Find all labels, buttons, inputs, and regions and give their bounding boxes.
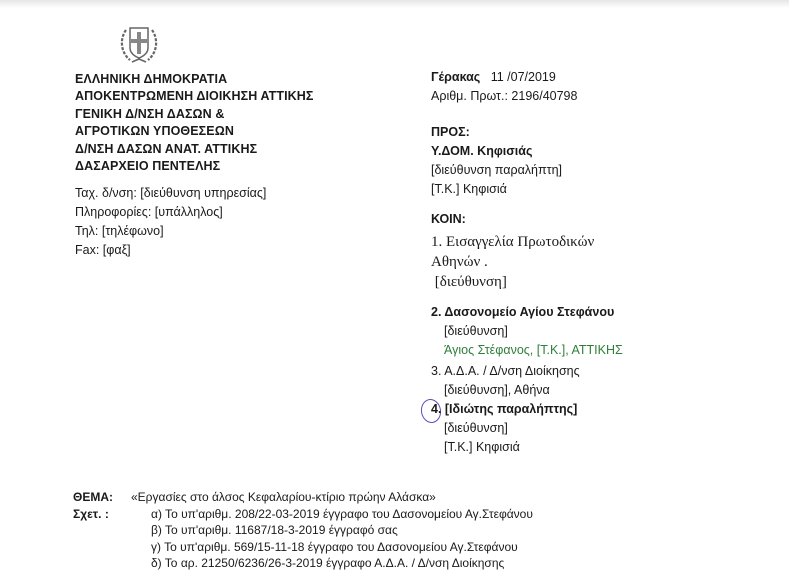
cc-item-3: 3. Α.Δ.Α. / Δ/νση Διοίκησης [διεύθυνση],… [431,362,580,400]
reference-item: γ) Το υπ'αριθμ. 569/15-11-18 έγγραφο του… [73,539,533,556]
subject-block: ΘΕΜΑ:«Εργασίες στο άλσος Κεφαλαρίου-κτίρ… [73,489,533,572]
reference-item: δ) Το αρ. 21250/6236/26-3-2019 έγγραφο Α… [73,555,533,572]
cc-item-2-line: [διεύθυνση] [431,322,623,341]
sender-fax: Fax: [φαξ] [75,241,266,260]
cc-label: ΚΟΙΝ: [431,210,466,229]
letter-date: 11 /07/2019 [491,70,556,84]
cc-label-block: ΚΟΙΝ: [431,210,466,229]
refs-label: Σχετ. : [73,506,131,523]
reference-item: β) Το υπ'αριθμ. 11687/18-3-2019 έγγραφό … [73,522,533,539]
org-line: ΕΛΛΗΝΙΚΗ ΔΗΜΟΚΡΑΤΙΑ [75,71,314,88]
recipient-address-2: [Τ.Κ.] Κηφισιά [431,180,562,199]
issuing-authority-block: ΕΛΛΗΝΙΚΗ ΔΗΜΟΚΡΑΤΙΑ ΑΠΟΚΕΝΤΡΩΜΕΝΗ ΔΙΟΙΚΗ… [75,71,314,175]
cc-item-2: 2. Δασονομείο Αγίου Στεφάνου [διεύθυνση]… [431,303,623,360]
cc-item-1-line: Αθηνών . [431,252,594,272]
cc-item-4-line: [διεύθυνση] [431,419,577,438]
cc-item-1-line: 1. Εισαγγελία Πρωτοδικών [431,232,594,252]
subject-label: ΘΕΜΑ: [73,489,131,506]
reference-item: α) Το υπ'αριθμ. 208/22-03-2019 έγγραφο τ… [131,506,533,523]
org-line: ΓΕΝΙΚΗ Δ/ΝΣΗ ΔΑΣΩΝ & [75,106,314,123]
recipient-block: ΠΡΟΣ: Υ.ΔΟΜ. Κηφισιάς [διεύθυνση παραλήπ… [431,123,562,199]
place-label: Γέρακας [431,70,480,84]
recipient-name: Υ.ΔΟΜ. Κηφισιάς [431,142,562,161]
date-protocol-block: Γέρακας 11 /07/2019 Αριθμ. Πρωτ.: 2196/4… [431,68,577,106]
org-line: ΔΑΣΑΡΧΕΙΟ ΠΕΝΤΕΛΗΣ [75,158,314,175]
sender-contact-block: Ταχ. δ/νση: [διεύθυνση υπηρεσίας] Πληροφ… [75,184,266,260]
greek-coat-of-arms-icon [118,22,160,66]
sender-address: Ταχ. δ/νση: [διεύθυνση υπηρεσίας] [75,184,266,203]
cc-item-2-line: Άγιος Στέφανος, [Τ.Κ.], ΑΤΤΙΚΗΣ [431,341,623,360]
cc-item-4-line: [Τ.Κ.] Κηφισιά [431,438,577,457]
cc-item-4: 4. [Ιδιώτης παραλήπτης] [διεύθυνση] [Τ.Κ… [431,400,577,457]
cc-item-2-title: 2. Δασονομείο Αγίου Στεφάνου [431,303,623,322]
org-line: Δ/ΝΣΗ ΔΑΣΩΝ ΑΝΑΤ. ΑΤΤΙΚΗΣ [75,141,314,158]
scan-edge-shade [0,0,789,8]
cc-item-3-line: [διεύθυνση], Αθήνα [431,381,580,400]
recipient-address-1: [διεύθυνση παραλήπτη] [431,161,562,180]
subject-text: «Εργασίες στο άλσος Κεφαλαρίου-κτίριο πρ… [131,489,436,506]
protocol-number: 2196/40798 [511,89,577,103]
cc-item-4-title: 4. [Ιδιώτης παραλήπτης] [431,400,577,419]
sender-phone: Τηλ: [τηλέφωνο] [75,222,266,241]
sender-info: Πληροφορίες: [υπάλληλος] [75,203,266,222]
recipient-label: ΠΡΟΣ: [431,123,562,142]
cc-item-1-line: [διεύθυνση] [431,272,594,292]
org-line: ΑΠΟΚΕΝΤΡΩΜΕΝΗ ΔΙΟΙΚΗΣΗ ΑΤΤΙΚΗΣ [75,88,314,105]
org-line: ΑΓΡΟΤΙΚΩΝ ΥΠΟΘΕΣΕΩΝ [75,123,314,140]
cc-item-1: 1. Εισαγγελία Πρωτοδικών Αθηνών . [διεύθ… [431,232,594,292]
cc-item-3-title: 3. Α.Δ.Α. / Δ/νση Διοίκησης [431,362,580,381]
protocol-label: Αριθμ. Πρωτ.: [431,89,508,103]
